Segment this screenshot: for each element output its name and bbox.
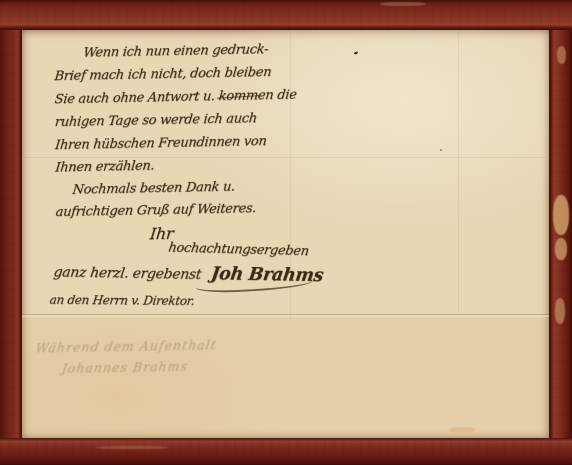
handwriting-line: Ihren hübschen Freundinnen von <box>54 134 267 153</box>
frame-wear-mark <box>555 298 565 324</box>
frame-wear-mark <box>555 238 567 260</box>
frame-wear-mark <box>553 195 569 235</box>
handwriting-line: Nochmals besten Dank u. <box>72 180 236 198</box>
handwriting-line: Brief mach ich nicht, doch bleiben <box>54 65 272 84</box>
frame-wear-mark <box>557 46 566 64</box>
frame-wear-mark <box>96 446 168 449</box>
postscript-line: an den Herrn v. Direktor. <box>49 293 195 308</box>
valediction-line: hochachtungsergeben <box>167 241 309 260</box>
framed-letter-photo: Wenn ich nun einen gedruck- Brief mach i… <box>0 0 572 465</box>
frame-bottom <box>0 438 572 465</box>
letter-paper: Wenn ich nun einen gedruck- Brief mach i… <box>22 30 549 438</box>
pencil-annotation-line: Johannes Brahms <box>61 359 189 376</box>
frame-top <box>0 0 572 30</box>
handwriting-line: Sie auch ohne Antwort u. kommen die <box>54 88 297 108</box>
frame-left <box>0 0 22 465</box>
handwriting-line: ruhigen Tage so werde ich auch <box>54 111 258 130</box>
frame-wear-mark <box>449 427 475 433</box>
pencil-annotation-line: Während dem Aufenthalt <box>35 337 218 355</box>
handwritten-letter: Wenn ich nun einen gedruck- Brief mach i… <box>20 28 551 441</box>
handwriting-line: aufrichtigen Gruß auf Weiteres. <box>55 201 257 220</box>
handwriting-line: Wenn ich nun einen gedruck- <box>83 42 269 61</box>
closing-words: ganz herzl. ergebenst <box>53 264 203 283</box>
handwriting-line: Ihnen erzählen. <box>55 159 155 176</box>
frame-wear-mark <box>380 2 426 6</box>
